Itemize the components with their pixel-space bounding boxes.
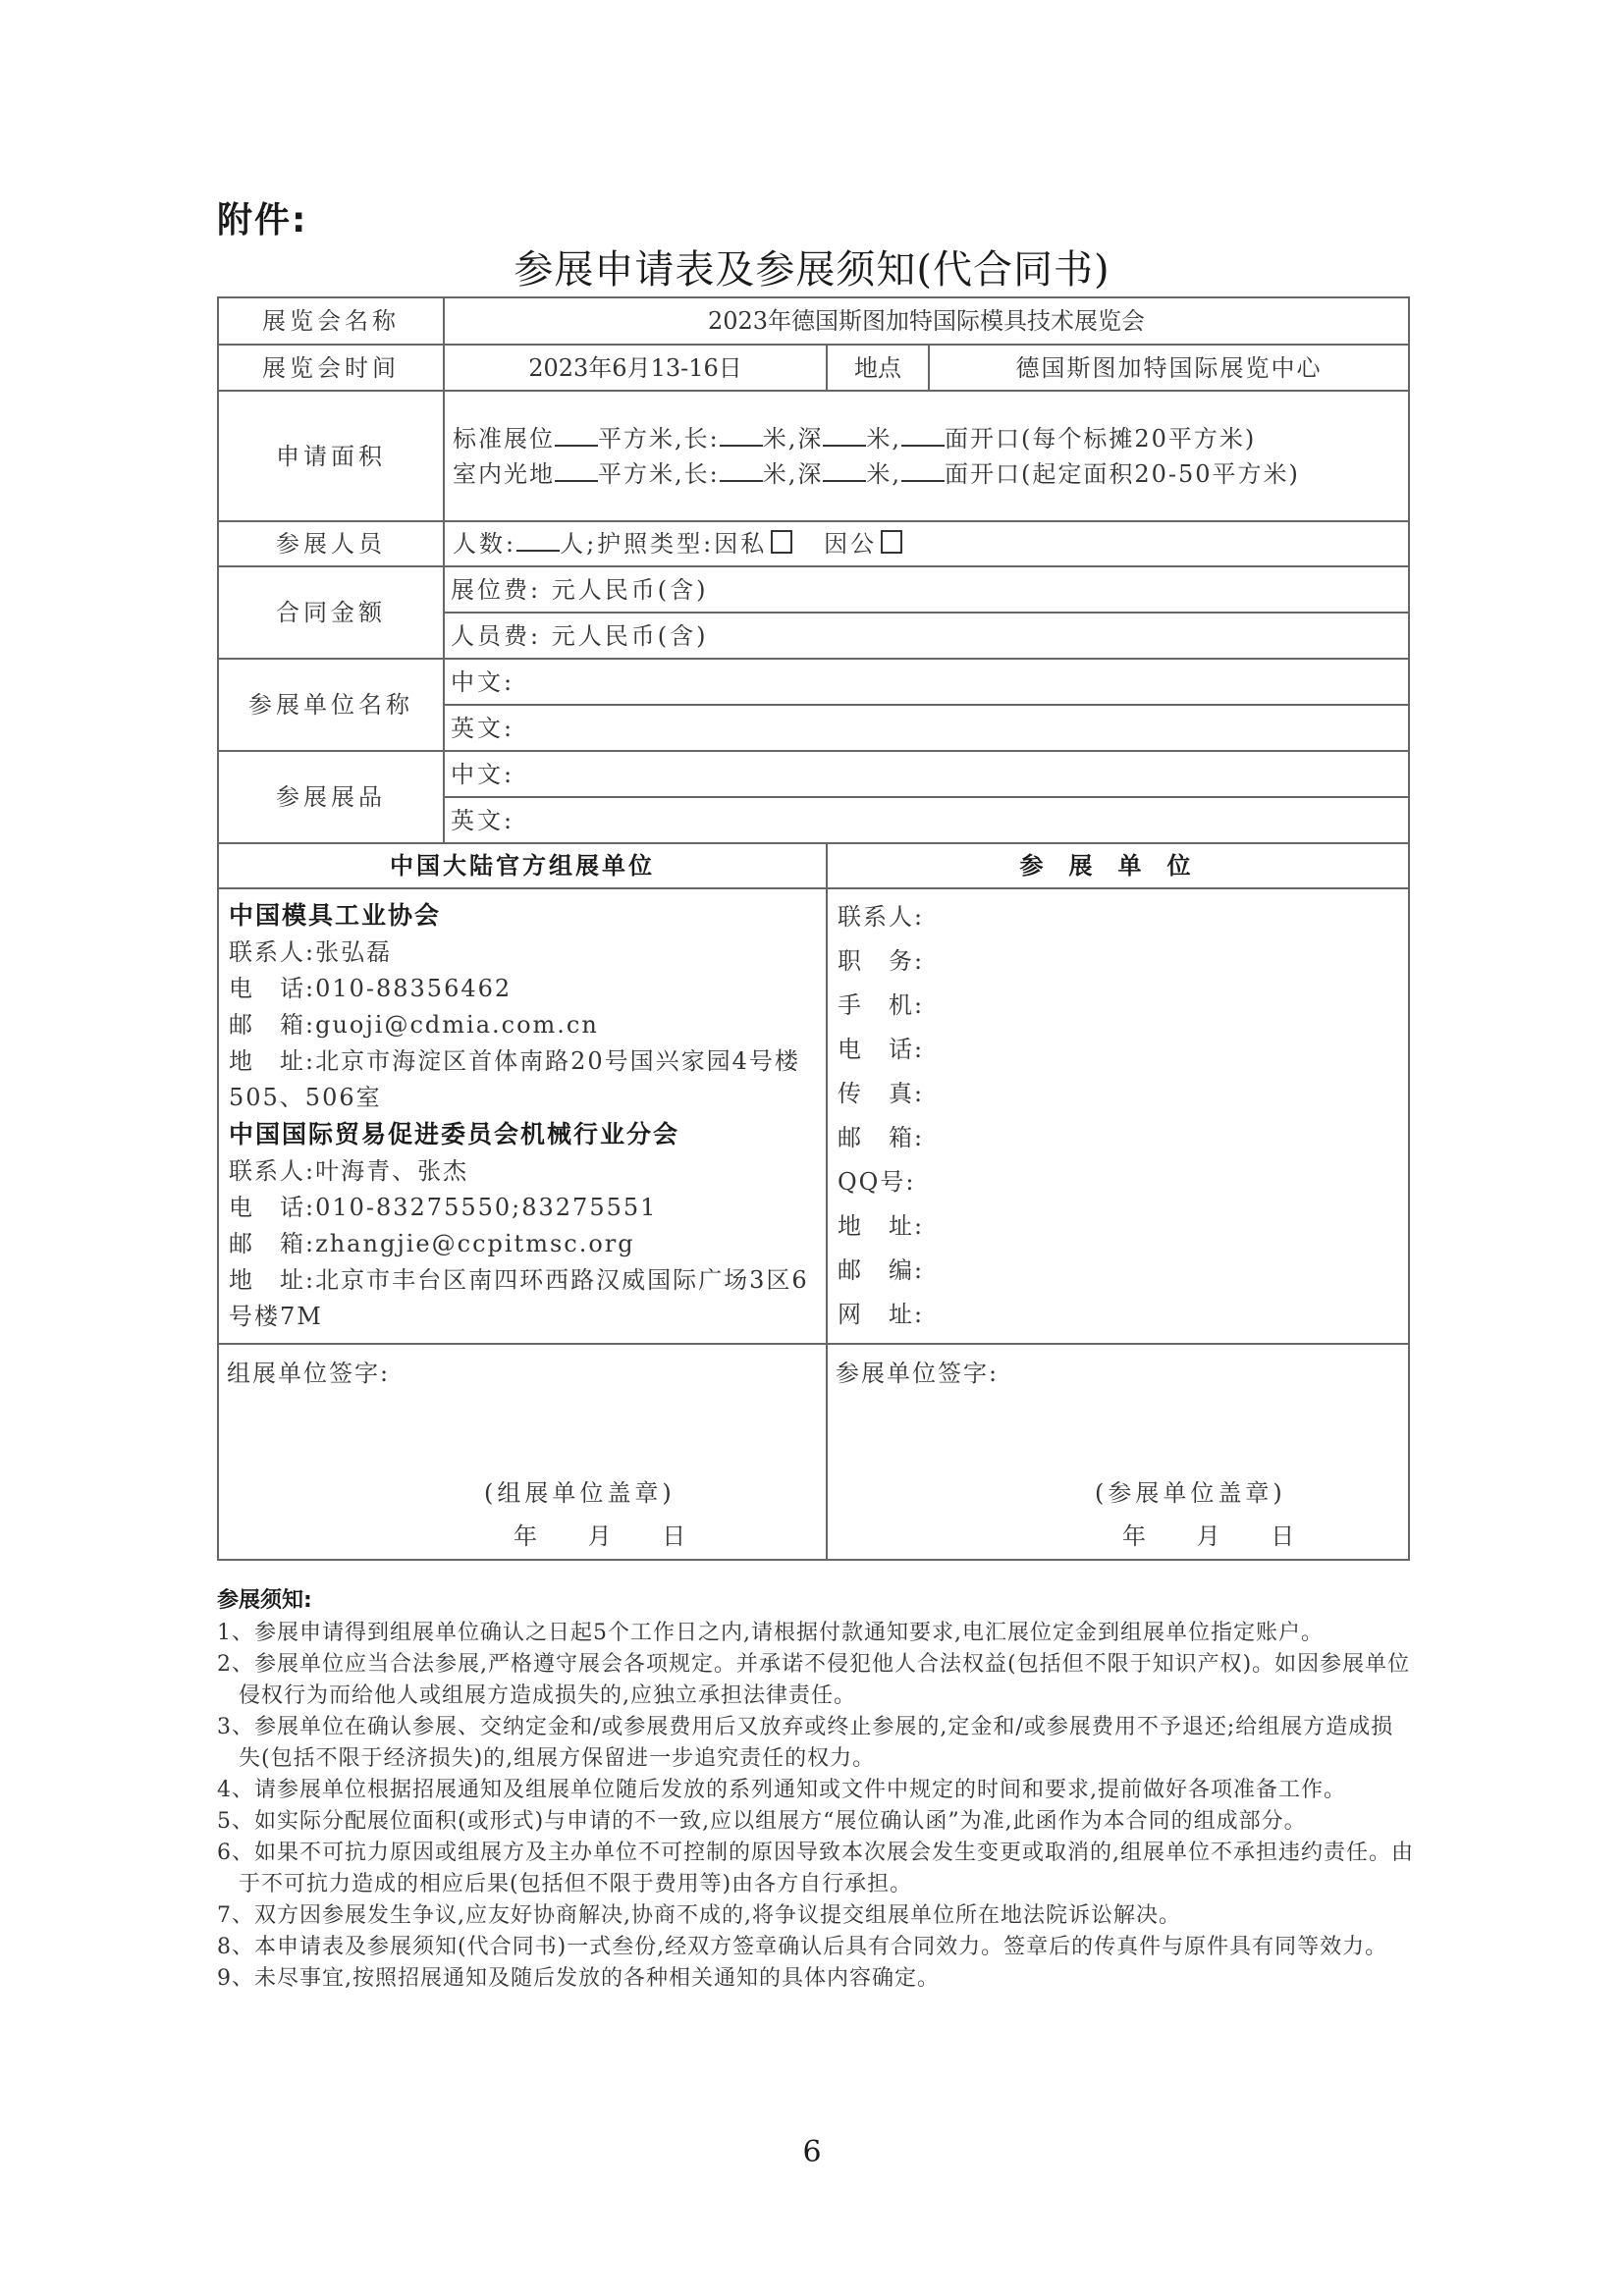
organizer-signature-label: 组展单位签字: (227, 1359, 390, 1388)
row-staff: 参展人员 人数:人;护照类型:因私 因公 (218, 521, 1409, 566)
exhibitor-phone[interactable]: 电 话: (838, 1028, 1398, 1072)
org-1-name: 中国模具工业协会 (229, 897, 816, 934)
booth-fee-field[interactable]: 展位费: 元人民币(含) (444, 566, 1409, 613)
area-options: 标准展位平方米,长:米,深米,面开口(每个标摊20平方米) 室内光地平方米,长:… (444, 391, 1409, 521)
exhibitor-date-label: 年 月 日 (1122, 1522, 1296, 1551)
row-booth-fee: 合同金额 展位费: 元人民币(含) (218, 566, 1409, 613)
staff-count-blank[interactable] (516, 530, 560, 552)
org-2-name: 中国国际贸易促进委员会机械行业分会 (229, 1116, 816, 1153)
row-company-cn: 参展单位名称 中文: (218, 659, 1409, 705)
standard-length-blank[interactable] (720, 425, 763, 447)
org-1-contact: 联系人:张弘磊 (229, 934, 816, 971)
exhibits-en-field[interactable]: 英文: (444, 797, 1409, 843)
note-item: 2、参展单位应当合法参展,严格遵守展会各项规定。并承诺不侵犯他人合法权益(包括但… (217, 1649, 1415, 1712)
attachment-label: 附件: (217, 192, 307, 242)
note-item: 9、未尽事宜,按照招展通知及随后发放的各种相关通知的具体内容确定。 (217, 1963, 1415, 1995)
exhibitor-mobile[interactable]: 手 机: (838, 984, 1398, 1028)
org-1-phone: 电 话:010-88356462 (229, 971, 816, 1007)
exhibitor-fax[interactable]: 传 真: (838, 1072, 1398, 1116)
exhibitor-seal-label: (参展单位盖章) (1095, 1478, 1286, 1508)
exhibitor-section-heading: 参展单位 (827, 843, 1409, 888)
application-form-table: 展览会名称 2023年德国斯图加特国际模具技术展览会 展览会时间 2023年6月… (217, 296, 1410, 1561)
contract-amount-label: 合同金额 (218, 566, 444, 659)
standard-opening-blank[interactable] (901, 425, 945, 447)
exhibitor-signature-box[interactable]: 参展单位签字: (参展单位盖章) 年 月 日 (827, 1344, 1409, 1560)
staff-label: 参展人员 (218, 521, 444, 566)
row-signatures: 组展单位签字: (组展单位盖章) 年 月 日 参展单位签字: (参展单位盖章) … (218, 1344, 1409, 1560)
exhibitor-contact-person[interactable]: 联系人: (838, 895, 1398, 939)
raw-space-line: 室内光地平方米,长:米,深米,面开口(起定面积20-50平方米) (453, 456, 1402, 492)
note-item: 6、如果不可抗力原因或组展方及主办单位不可控制的原因导致本次展会发生变更或取消的… (217, 1838, 1415, 1900)
org-1-address: 地 址:北京市海淀区首体南路20号国兴家园4号楼505、506室 (229, 1043, 816, 1116)
exhibitor-qq[interactable]: QQ号: (838, 1160, 1398, 1204)
note-item: 3、参展单位在确认参展、交纳定金和/或参展费用后又放弃或终止参展的,定金和/或参… (217, 1712, 1415, 1775)
org-2-address: 地 址:北京市丰台区南四环西路汉威国际广场3区6号楼7M (229, 1262, 816, 1335)
standard-booth-line: 标准展位平方米,长:米,深米,面开口(每个标摊20平方米) (453, 421, 1402, 456)
exhibitor-website[interactable]: 网 址: (838, 1293, 1398, 1337)
note-item: 7、双方因参展发生争议,应友好协商解决,协商不成的,将争议提交组展单位所在地法院… (217, 1900, 1415, 1932)
staff-fee-field[interactable]: 人员费: 元人民币(含) (444, 613, 1409, 659)
row-area: 申请面积 标准展位平方米,长:米,深米,面开口(每个标摊20平方米) 室内光地平… (218, 391, 1409, 521)
note-item: 5、如实际分配展位面积(或形式)与申请的不一致,应以组展方“展位确认函”为准,此… (217, 1806, 1415, 1838)
org-2-phone: 电 话:010-83275550;83275551 (229, 1190, 816, 1226)
exhibitor-contact-fields: 联系人: 职 务: 手 机: 电 话: 传 真: 邮 箱: QQ号: 地 址: … (827, 888, 1409, 1344)
exhibitor-signature-label: 参展单位签字: (836, 1359, 999, 1388)
private-passport-checkbox[interactable] (771, 530, 792, 554)
standard-depth-blank[interactable] (823, 425, 866, 447)
standard-area-blank[interactable] (555, 425, 598, 447)
row-exhibits-cn: 参展展品 中文: (218, 751, 1409, 797)
raw-depth-blank[interactable] (823, 460, 866, 482)
page-number: 6 (0, 2135, 1624, 2169)
organizer-section-heading: 中国大陆官方组展单位 (218, 843, 827, 888)
staff-details: 人数:人;护照类型:因私 因公 (444, 521, 1409, 566)
company-name-label: 参展单位名称 (218, 659, 444, 751)
organizer-contacts: 中国模具工业协会 联系人:张弘磊 电 话:010-88356462 邮 箱:gu… (218, 888, 827, 1344)
row-exhibition-time: 展览会时间 2023年6月13-16日 地点 德国斯图加特国际展览中心 (218, 345, 1409, 391)
company-name-cn-field[interactable]: 中文: (444, 659, 1409, 705)
row-exhibition-name: 展览会名称 2023年德国斯图加特国际模具技术展览会 (218, 297, 1409, 345)
note-item: 8、本申请表及参展须知(代合同书)一式叁份,经双方签章确认后具有合同效力。签章后… (217, 1932, 1415, 1963)
public-passport-checkbox[interactable] (881, 530, 902, 554)
exhibition-name-label: 展览会名称 (218, 297, 444, 345)
exhibitor-postcode[interactable]: 邮 编: (838, 1249, 1398, 1293)
document-title: 参展申请表及参展须知(代合同书) (0, 239, 1624, 294)
location-label: 地点 (827, 345, 929, 391)
exhibition-time-label: 展览会时间 (218, 345, 444, 391)
raw-area-blank[interactable] (555, 460, 598, 482)
note-item: 4、请参展单位根据招展通知及组展单位随后发放的系列通知或文件中规定的时间和要求,… (217, 1775, 1415, 1806)
note-item: 1、参展申请得到组展单位确认之日起5个工作日之内,请根据付款通知要求,电汇展位定… (217, 1618, 1415, 1649)
exhibitor-email[interactable]: 邮 箱: (838, 1116, 1398, 1160)
exhibition-name-value: 2023年德国斯图加特国际模具技术展览会 (444, 297, 1409, 345)
location-value: 德国斯图加特国际展览中心 (929, 345, 1409, 391)
org-2-email: 邮 箱:zhangjie@ccpitmsc.org (229, 1226, 816, 1262)
org-2-contact: 联系人:叶海青、张杰 (229, 1153, 816, 1190)
raw-opening-blank[interactable] (901, 460, 945, 482)
exhibitor-notes: 参展须知: 1、参展申请得到组展单位确认之日起5个工作日之内,请根据付款通知要求… (217, 1583, 1415, 1995)
company-name-en-field[interactable]: 英文: (444, 705, 1409, 751)
exhibits-label: 参展展品 (218, 751, 444, 843)
exhibitor-address[interactable]: 地 址: (838, 1204, 1398, 1249)
row-contacts: 中国模具工业协会 联系人:张弘磊 电 话:010-88356462 邮 箱:gu… (218, 888, 1409, 1344)
raw-length-blank[interactable] (720, 460, 763, 482)
area-label: 申请面积 (218, 391, 444, 521)
org-1-email: 邮 箱:guoji@cdmia.com.cn (229, 1007, 816, 1043)
row-section-headings: 中国大陆官方组展单位 参展单位 (218, 843, 1409, 888)
organizer-signature-box[interactable]: 组展单位签字: (组展单位盖章) 年 月 日 (218, 1344, 827, 1560)
organizer-seal-label: (组展单位盖章) (484, 1478, 676, 1508)
notes-title: 参展须知: (217, 1583, 1415, 1614)
exhibitor-position[interactable]: 职 务: (838, 939, 1398, 984)
exhibition-time-value: 2023年6月13-16日 (444, 345, 827, 391)
exhibits-cn-field[interactable]: 中文: (444, 751, 1409, 797)
organizer-date-label: 年 月 日 (514, 1522, 687, 1551)
